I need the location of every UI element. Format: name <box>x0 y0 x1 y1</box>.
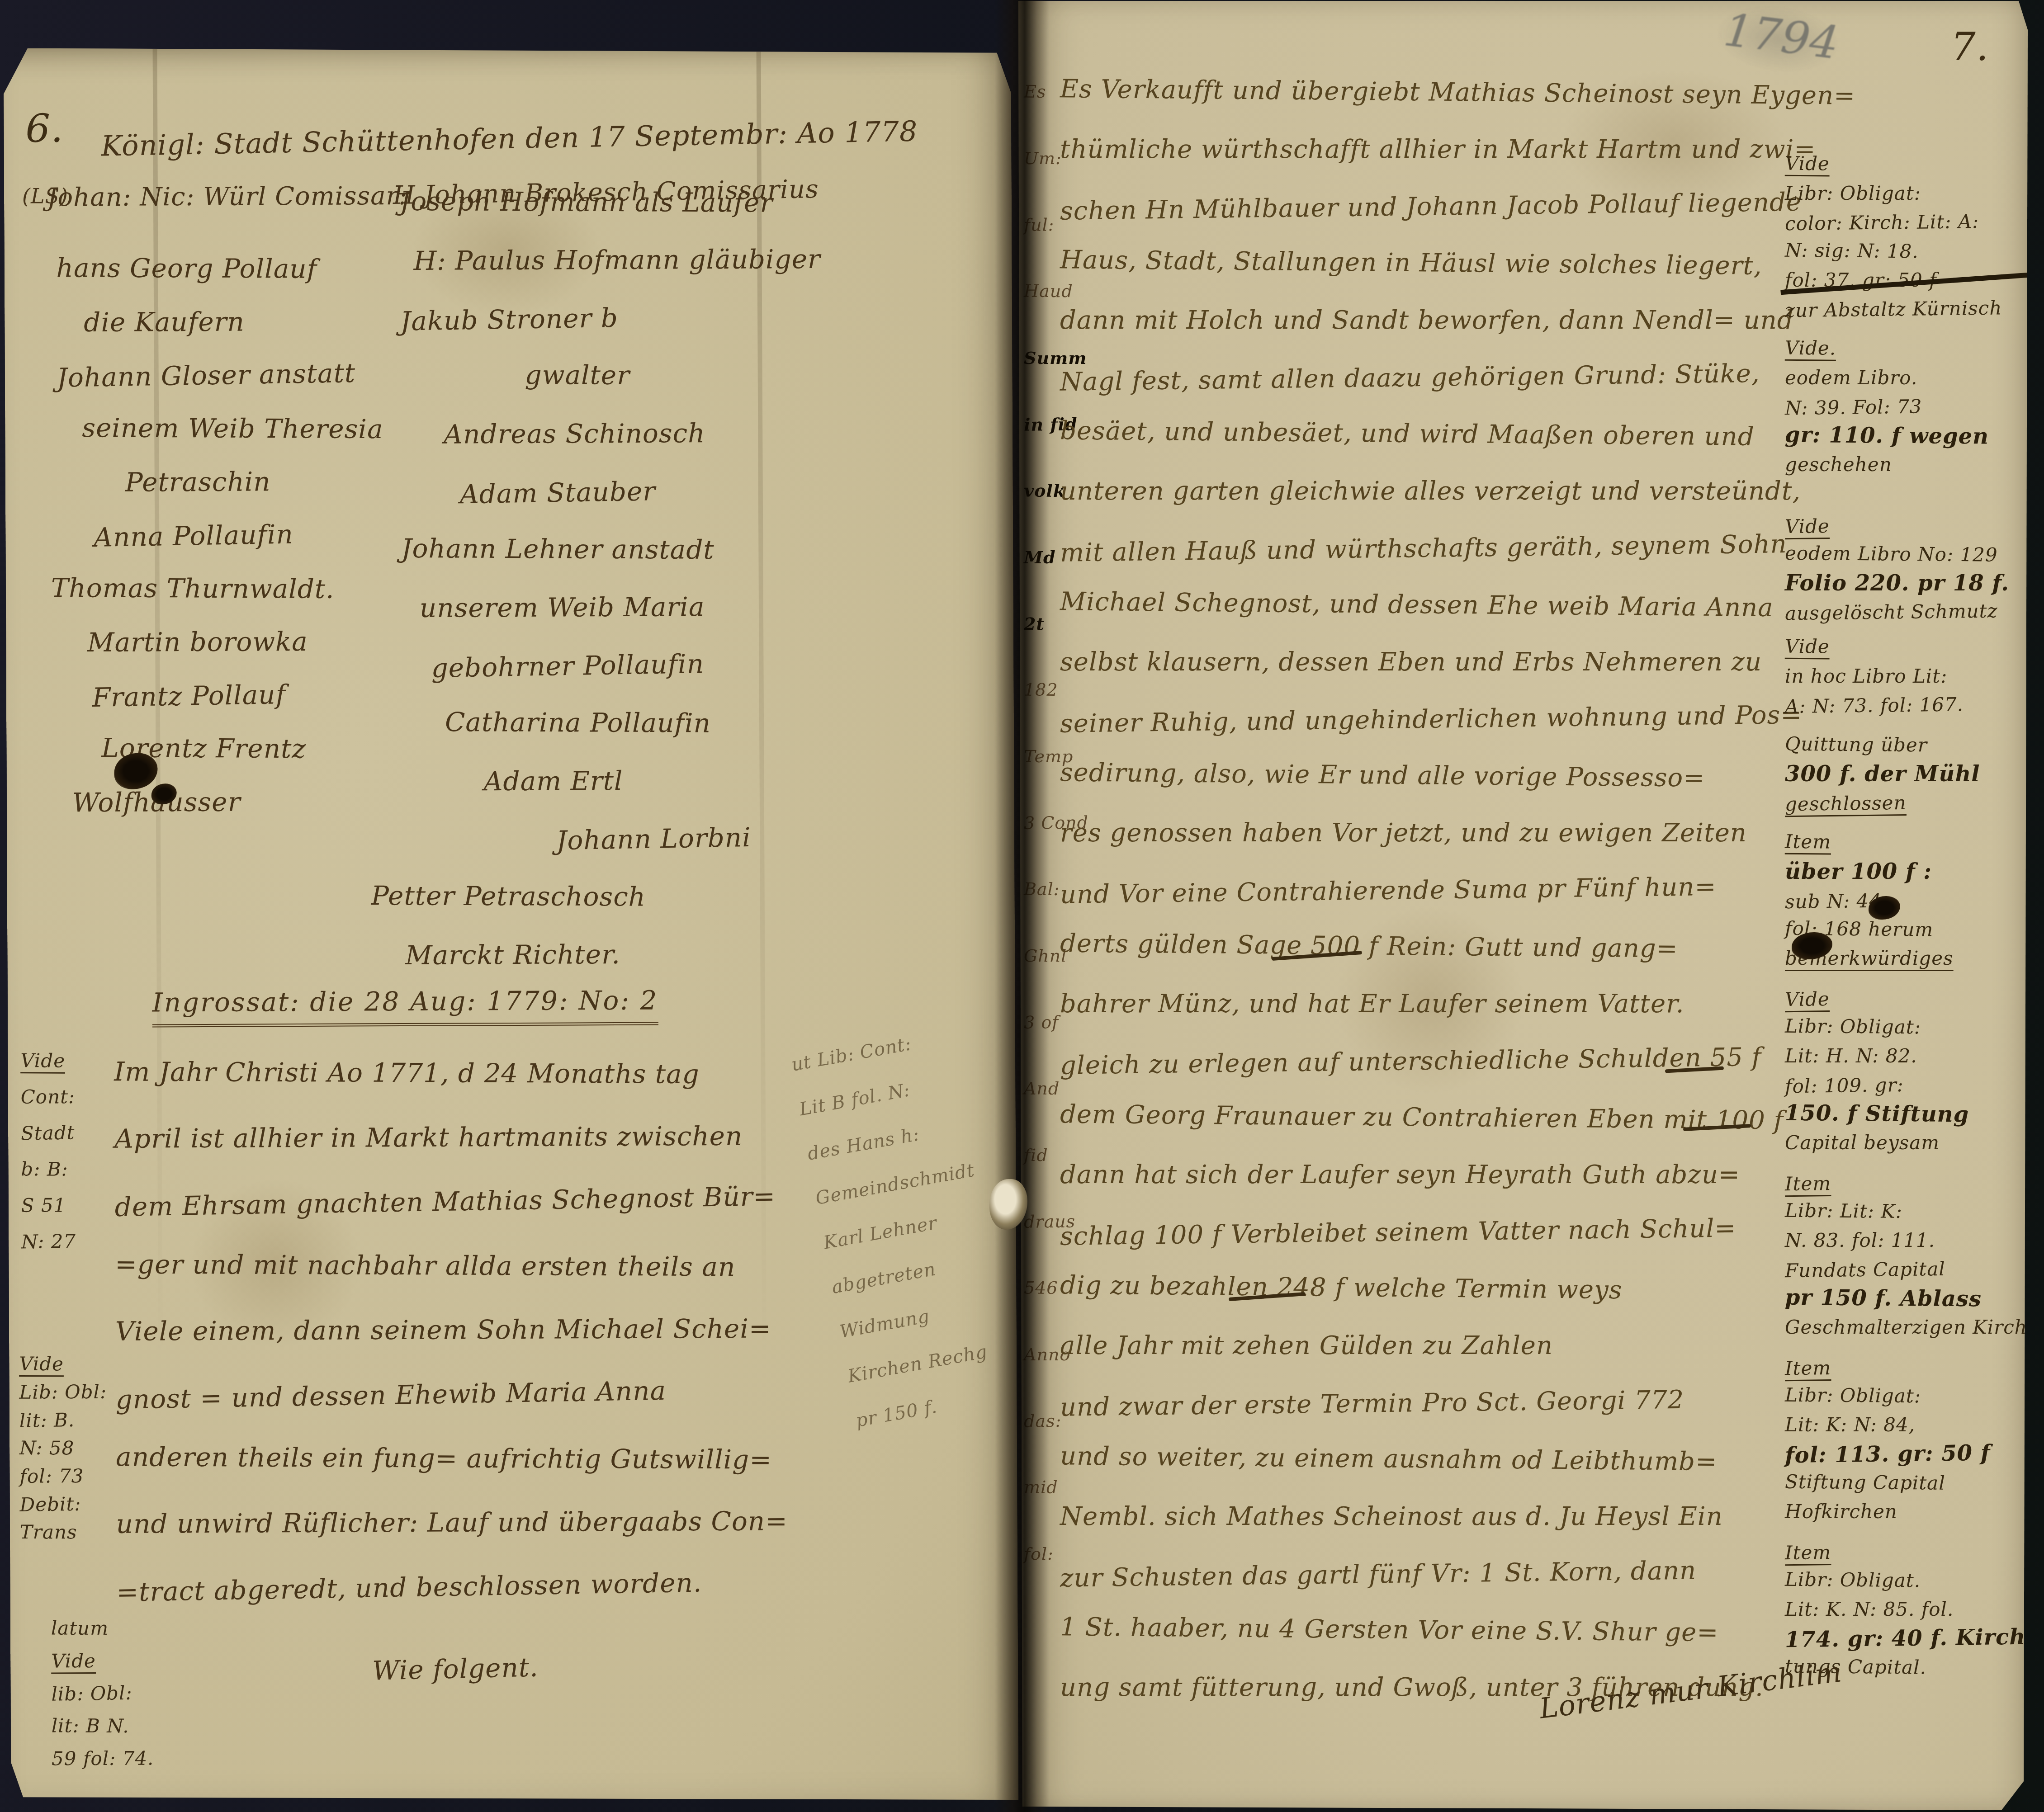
margin-annotation: color: Kirch: Lit: A: <box>1785 207 2025 238</box>
body-line: 1 St. haaber, nu 4 Gersten Vor eine S.V.… <box>1060 1599 1855 1662</box>
margin-annotation: geschlossen <box>1785 787 2025 819</box>
margin-reference-middle: VideLib: Obl:lit: B.N: 58fol: 73Debit:Tr… <box>19 1350 108 1547</box>
margin-annotation: pr 150 f. Ablass <box>1785 1283 2025 1314</box>
party-name: Johann Lehner anstadt <box>401 519 822 579</box>
body-line: Es Verkaufft und übergiebt Mathias Schei… <box>1060 61 1855 124</box>
margin-reference-top: VideCont:Stadtb: B:S 51N: 27 <box>20 1043 76 1260</box>
margin-note: Trans <box>20 1518 108 1547</box>
body-line: Haus, Stadt, Stallungen in Häusl wie sol… <box>1060 231 1855 295</box>
body-line: thümliche würthschafft allhier in Markt … <box>1060 121 1855 178</box>
party-name: Catharina Pollaufin <box>445 693 823 753</box>
margin-note: N: 58 <box>19 1434 107 1463</box>
book-gutter <box>995 0 1049 1812</box>
margin-annotation: fol: 109. gr: <box>1785 1069 2025 1101</box>
body-line: schen Hn Mühlbauer und Johann Jacob Poll… <box>1060 173 1856 240</box>
margin-annotation: Geschmalterzigen Kirch <box>1785 1313 2025 1342</box>
margin-annotation: Hofkirchen <box>1785 1497 2025 1526</box>
page-number-right: 7. <box>1951 24 1989 70</box>
party-name: Johann Lorbni <box>556 807 823 869</box>
body-line: seiner Ruhig, und ungehinderlichen wohnu… <box>1060 686 1856 752</box>
margin-annotation: eodem Libro No: 129 <box>1785 539 2025 570</box>
party-name: gebohrner Pollaufin <box>431 633 823 697</box>
left-page: 6. Königl: Stadt Schüttenhofen den 17 Se… <box>4 44 1019 1804</box>
margin-note: S 51 <box>21 1187 76 1224</box>
ingrossat-heading: Ingrossat: die 28 Aug: 1779: No: 2 <box>152 985 658 1028</box>
margin-annotation: fol: 37. gr: 50 f <box>1785 266 2025 295</box>
body-line: besäet, und unbesäet, und wird Maaßen ob… <box>1060 402 1855 466</box>
margin-annotation: Vide <box>1785 632 2025 663</box>
margin-note: Vide <box>20 1043 76 1079</box>
contract-line: gnost = und dessen Ehewib Maria Anna <box>115 1356 787 1432</box>
margin-note: fol: 73 <box>19 1462 107 1491</box>
party-name: die Kaufern <box>84 294 383 349</box>
margin-annotation: über 100 f : <box>1785 857 2025 886</box>
heading-place-date: Königl: Stadt Schüttenhofen den 17 Septe… <box>101 114 918 162</box>
margin-note: lib: Obl: <box>51 1676 154 1711</box>
margin-annotation: gr: 110. f wegen <box>1785 420 2025 452</box>
page-number-left: 6. <box>25 106 63 151</box>
margin-annotation: fol: 113. gr: 50 f <box>1785 1438 2025 1470</box>
body-line: Nembl. sich Mathes Scheinost aus d. Ju H… <box>1060 1488 1855 1545</box>
margin-annotation: in hoc Libro Lit: <box>1785 662 2025 691</box>
party-name: Adam Stauber <box>459 459 822 523</box>
margin-annotation: A: N: 73. fol: 167. <box>1785 689 2025 721</box>
body-line: dem Georg Fraunauer zu Contrahieren Eben… <box>1060 1086 1855 1150</box>
margin-annotation: 300 f. der Mühl <box>1785 760 2025 788</box>
margin-annotation: sub N: 44. <box>1785 885 2025 916</box>
margin-annotation: geschehen <box>1785 450 2025 479</box>
margin-note: Debit: <box>19 1490 108 1519</box>
margin-note: lit: B. <box>19 1406 107 1435</box>
contract-line: =ger und mit nachbahr allda ersten theil… <box>115 1232 787 1299</box>
party-name: Petter Petraschosch <box>371 867 823 926</box>
margin-annotation: Item <box>1785 827 2025 859</box>
margin-annotation: Vide <box>1785 982 2025 1014</box>
margin-annotation: Lit: H. N: 82. <box>1785 1042 2025 1071</box>
contract-line: und unwird Rüflicher: Lauf und übergaabs… <box>116 1489 788 1556</box>
body-line: schlag 100 f Verbleibet seinem Vatter na… <box>1060 1199 1856 1265</box>
margin-annotation: zur Abstaltz Kürnisch <box>1785 293 2025 325</box>
margin-annotation: 150. f Stiftung <box>1785 1099 2025 1130</box>
body-line: res genossen haben Vor jetzt, und zu ewi… <box>1060 805 1855 862</box>
margin-annotation: Item <box>1785 1351 2025 1383</box>
margin-note: lit: B N. <box>52 1709 154 1742</box>
body-line: dann hat sich der Laufer seyn Heyrath Gu… <box>1060 1147 1855 1203</box>
margin-annotation: Item <box>1785 1167 2025 1199</box>
margin-annotation: Stiftung Capital <box>1785 1468 2025 1499</box>
party-name: Anna Pollaufin <box>93 506 384 564</box>
margin-annotation: Lit: K. N: 85. fol. <box>1785 1595 2025 1624</box>
parties-witnesses-list: Joseph Hofmann als LauferH: Paulus Hofma… <box>375 172 824 984</box>
margin-annotation: N: 39. Fol: 73 <box>1785 391 2025 423</box>
body-line: bahrer Münz, und hat Er Laufer seinem Va… <box>1060 976 1855 1033</box>
body-line: derts gülden Sage 500 f Rein: Gutt und g… <box>1060 915 1855 979</box>
parties-sellers-list: hans Georg Pollaufdie KaufernJohann Glos… <box>31 241 385 829</box>
margin-annotations-column: VideLibr: Obligat:color: Kirch: Lit: A:N… <box>1785 150 2025 1682</box>
contract-line: April ist allhier in Markt hartmanits zw… <box>114 1104 786 1170</box>
margin-annotation: Vide <box>1785 510 2025 541</box>
party-name: Johann Gloser anstatt <box>57 346 383 405</box>
margin-note: Cont: <box>20 1079 76 1115</box>
party-name: Thomas Thurnwaldt. <box>51 561 384 616</box>
party-name: hans Georg Pollauf <box>56 241 383 296</box>
right-page: 1794 7. EsUm:ful:HaudSummin fidvolkMd2t1… <box>1018 1 2028 1810</box>
body-line: mit allen Hauß und würthschafts geräth, … <box>1060 515 1856 581</box>
body-line: alle Jahr mit zehen Gülden zu Zahlen <box>1060 1317 1855 1374</box>
margin-note: latum <box>51 1612 154 1645</box>
margin-annotation: 174. gr: 40 f. Kirch: <box>1785 1623 2025 1654</box>
side-annotations: ut Lib: Cont:Lit B fol. N:des Hans h:Gem… <box>788 1015 1019 1444</box>
margin-reference-bottom: latumVidelib: Obl:lit: B N.59 fol: 74. <box>51 1612 154 1775</box>
party-name: unserem Weib Maria <box>420 577 823 637</box>
body-line: dann mit Holch und Sandt beworfen, dann … <box>1060 292 1855 349</box>
margin-annotation: eodem Libro. <box>1785 363 2025 392</box>
body-line: gleich zu erlegen auf unterschiedliche S… <box>1060 1028 1856 1094</box>
body-line: sedirung, also, wie Er und alle vorige P… <box>1060 744 1855 808</box>
party-name: Frantz Pollauf <box>92 666 385 724</box>
margin-annotation: Vide <box>1785 149 2025 180</box>
margin-annotation: Libr: Lit: K: <box>1785 1196 2025 1227</box>
margin-annotation: N: sig: N: 18. <box>1785 236 2025 267</box>
margin-note: N: 27 <box>21 1223 76 1260</box>
body-line: zur Schusten das gartl fünf Vr: 1 St. Ko… <box>1060 1540 1856 1607</box>
margin-annotation: Libr: Obligat: <box>1785 1012 2025 1043</box>
margin-annotation: Quittung über <box>1785 730 2025 761</box>
margin-annotation: Capital beysam <box>1785 1128 2025 1157</box>
margin-annotation: Libr: Obligat: <box>1785 1381 2025 1412</box>
margin-annotation: Item <box>1785 1536 2025 1567</box>
margin-annotation: Vide. <box>1785 334 2025 365</box>
party-name: Jakub Stroner b <box>400 285 821 350</box>
party-name: Martin borowka <box>87 614 384 669</box>
margin-annotation: Folio 220. pr 18 f. <box>1785 569 2025 598</box>
party-name: Andreas Schinosch <box>444 404 822 463</box>
margin-annotation: Libr: Obligat. <box>1785 1565 2025 1596</box>
margin-note: Vide <box>19 1350 107 1378</box>
body-line: Michael Schegnost, und dessen Ehe weib M… <box>1060 573 1855 637</box>
body-line: und Vor eine Contrahierende Suma pr Fünf… <box>1060 857 1856 923</box>
contract-line: dem Ehrsam gnachten Mathias Schegnost Bü… <box>114 1164 787 1239</box>
body-line: und so weiter, zu einem ausnahm od Leibt… <box>1060 1428 1855 1491</box>
margin-annotation: ausgelöscht Schmutz <box>1785 596 2025 628</box>
body-line: und zwar der erste Termin Pro Sct. Georg… <box>1060 1369 1856 1436</box>
heading-commissar-left: Johan: Nic: Würl Comissar: <box>47 181 407 212</box>
manuscript-book-scan: 6. Königl: Stadt Schüttenhofen den 17 Se… <box>0 0 2044 1812</box>
contract-line: Im Jahr Christi Ao 1771, d 24 Monaths ta… <box>114 1039 786 1106</box>
contract-paragraph: Im Jahr Christi Ao 1771, d 24 Monaths ta… <box>114 1039 788 1620</box>
margin-annotation: Lit: K: N: 84, <box>1785 1411 2025 1439</box>
party-name: Joseph Hofmann als Laufer <box>400 172 821 232</box>
contract-line: Viele einem, dann seinem Sohn Michael Sc… <box>115 1296 787 1363</box>
margin-note: 59 fol: 74. <box>52 1742 154 1775</box>
margin-annotation: N. 83. fol: 111. <box>1785 1226 2025 1255</box>
body-line: Nagl fest, samt allen daazu gehörigen Gr… <box>1060 344 1856 411</box>
deed-body-text: Es Verkaufft und übergiebt Mathias Schei… <box>1060 64 1855 1716</box>
body-line: unteren garten gleichwie alles verzeigt … <box>1060 463 1855 520</box>
party-name: Petraschin <box>125 454 383 509</box>
party-name: seinem Weib Theresia <box>82 401 383 456</box>
margin-note: b: B: <box>21 1151 76 1188</box>
margin-annotation: Libr: Obligat: <box>1785 179 2025 208</box>
party-name: Adam Ertl <box>483 751 823 810</box>
party-name: gwalter <box>525 346 821 405</box>
pencil-year-note: 1794 <box>1721 3 1842 70</box>
body-line: selbst klausern, dessen Eben und Erbs Ne… <box>1060 634 1855 691</box>
party-name: Marckt Richter. <box>405 925 824 984</box>
party-name: H: Paulus Hofmann gläubiger <box>413 230 821 290</box>
margin-note: Stadt <box>20 1114 76 1151</box>
closing-line: Wie folgent. <box>372 1652 539 1686</box>
margin-note: Vide <box>51 1644 154 1677</box>
margin-annotation: Fundats Capital <box>1785 1254 2025 1285</box>
body-line: dig zu bezahlen 248 f welche Termin weys <box>1060 1257 1855 1321</box>
margin-note: Lib: Obl: <box>19 1378 107 1406</box>
contract-line: anderen theils ein fung= aufrichtig Guts… <box>116 1425 788 1491</box>
contract-line: =tract abgeredt, und beschlossen worden. <box>116 1549 788 1624</box>
